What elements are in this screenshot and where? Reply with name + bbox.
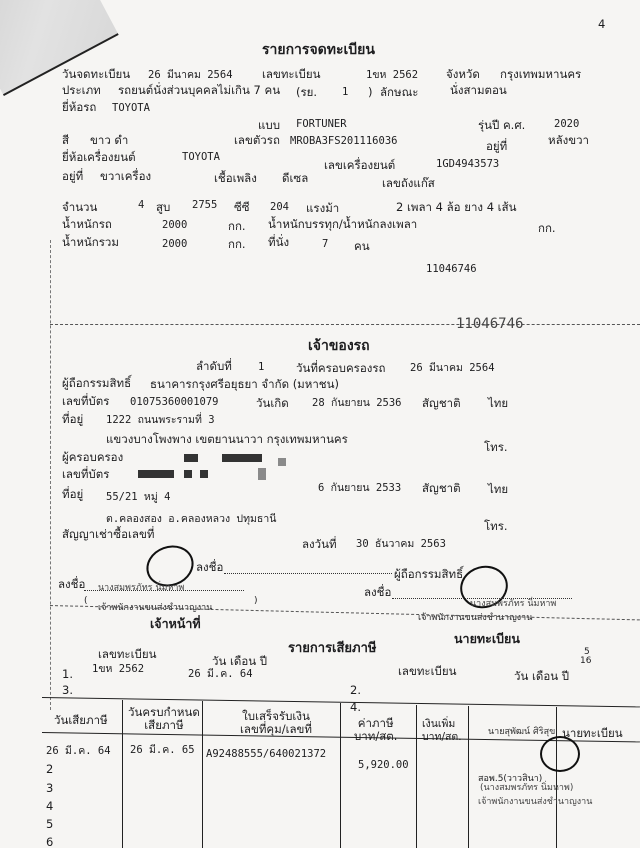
contract-label: สัญญาเช่าซื้อเลขที่	[62, 528, 154, 541]
page-number: 4	[598, 18, 605, 31]
vin-location-label: อยู่ที่	[486, 140, 507, 153]
fuel: ดีเซล	[282, 172, 308, 185]
tax-row-tax-amount: 5,920.00	[358, 759, 409, 772]
tax-header-surcharge: เงินเพิ่ม บาท/สต.	[422, 718, 462, 744]
tax-col-divider	[468, 706, 469, 848]
tax-stamp-officer: (นางสมพรภัทร นิ่มหาพ)	[480, 782, 573, 795]
folded-corner-shadow	[0, 0, 119, 96]
seats-label: ที่นั่ง	[268, 236, 289, 249]
plate: 1ขห 2562	[366, 69, 418, 82]
tax-row-1-plate: 1ขห 2562	[92, 663, 144, 676]
tax-row-number: 3	[46, 782, 53, 795]
holder-label: ผู้ถือกรรมสิทธิ์	[62, 377, 131, 390]
sequence-label: ลำดับที่	[196, 360, 232, 373]
cylinders-label: จำนวน	[62, 201, 97, 214]
redacted-possessor-id	[184, 470, 192, 478]
plate-label: เลขทะเบียน	[262, 68, 320, 81]
holder-role: ผู้ถือกรรมสิทธิ์	[394, 568, 463, 581]
redacted-mark	[258, 468, 266, 480]
tax-stamp-position: เจ้าพนักงานขนส่งชำนาญงาน	[478, 796, 592, 809]
holder-address-line1: 1222 ถนนพระรามที่ 3	[106, 414, 215, 427]
sequence: 1	[258, 361, 264, 374]
tax-row-number: 4	[46, 800, 53, 813]
holder-nationality: ไทย	[488, 397, 508, 410]
tax-section-title: รายการเสียภาษี	[288, 642, 377, 655]
total-weight-label: น้ำหนักรวม	[62, 236, 119, 249]
tax-row-number: 6	[46, 836, 53, 848]
possessor-id-label: เลขที่บัตร	[62, 468, 109, 481]
possessor-birth: 6 กันยายน 2533	[318, 482, 401, 495]
possessor-address-line2: ต.คลองสอง อ.คลองหลวง ปทุมธานี	[106, 513, 276, 526]
seats-unit: คน	[354, 240, 370, 253]
load-unit: กก.	[538, 222, 556, 235]
tax-row-3-no: 3.	[62, 684, 73, 697]
tax-date-col-1: วัน เดือน ปี	[212, 655, 267, 668]
model-label: แบบ	[258, 119, 280, 132]
type-label: ประเภท	[62, 84, 101, 97]
officer-sign-label: ลงชื่อ	[58, 578, 85, 591]
holder-address-line2: แขวงบางโพงพาง เขตยานนาวา กรุงเทพมหานคร	[106, 433, 348, 446]
tax-row-2-no: 2.	[350, 684, 361, 697]
model: FORTUNER	[296, 118, 347, 131]
registration-title: รายการจดทะเบียน	[262, 44, 375, 57]
tax-row-1-no: 1.	[62, 668, 73, 681]
redacted-possessor-id	[138, 470, 174, 478]
tax-header-receipt: ใบเสร็จรับเงิน เลขที่คุม/เลขที่	[240, 710, 312, 736]
holder-sign-label: ลงชื่อ	[196, 561, 223, 574]
total-weight-unit: กก.	[228, 238, 246, 251]
engine-no: 1GD4943573	[436, 158, 499, 171]
possessor-nationality-label: สัญชาติ	[422, 482, 461, 495]
tax-header-paid-date: วันเสียภาษี	[54, 714, 108, 727]
engine-no-label: เลขเครื่องยนต์	[324, 159, 395, 172]
owner-title: เจ้าของรถ	[308, 340, 370, 353]
vehicle-type: รถยนต์นั่งส่วนบุคคลไม่เกิน 7 คน	[118, 84, 280, 97]
contract-date: 30 ธันวาคม 2563	[356, 538, 446, 551]
weight-unit: กก.	[228, 220, 246, 233]
engine-location: ขวาเครื่อง	[100, 170, 151, 183]
load-label: น้ำหนักบรรทุก/น้ำหนักลงเพลา	[268, 218, 417, 231]
officer-position-paren-close: )	[254, 595, 258, 608]
tax-col-divider	[556, 707, 557, 848]
tax-row-due-date: 26 มี.ค. 65	[130, 744, 195, 757]
gas-tank-label: เลขถังแก๊ส	[382, 177, 435, 190]
displacement: 2755	[192, 199, 217, 212]
holder-name: ธนาคารกรุงศรีอยุธยา จำกัด (มหาชน)	[150, 378, 339, 391]
tax-row-number: 5	[46, 818, 53, 831]
province-label: จังหวัด	[446, 68, 480, 81]
holder-birth: 28 กันยายน 2536	[312, 397, 402, 410]
possessor-label: ผู้ครอบครอง	[62, 451, 123, 464]
possess-date-label: วันที่ครอบครองรถ	[296, 362, 386, 375]
document-number-struck: 11046746	[456, 318, 523, 331]
type-code-close: )	[368, 86, 373, 99]
possessor-phone-label: โทร.	[484, 520, 508, 533]
registrar-role: นายทะเบียน	[454, 632, 520, 645]
tax-col-divider	[202, 701, 203, 848]
fuel-label: เชื้อเพลิง	[214, 172, 257, 185]
horsepower-unit: แรงม้า	[306, 202, 339, 215]
holder-sign-line	[224, 573, 392, 574]
redacted-possessor-name	[184, 454, 198, 462]
seats: 7	[322, 238, 328, 251]
fraction-bottom: 16	[580, 655, 591, 668]
tax-col-divider	[122, 700, 123, 848]
redacted-possessor-name	[222, 454, 262, 462]
possessor-nationality: ไทย	[488, 483, 508, 496]
weight: 2000	[162, 219, 187, 232]
possess-date: 26 มีนาคม 2564	[410, 362, 495, 375]
holder-birth-label: วันเกิด	[256, 397, 289, 410]
tax-row-number: 2	[46, 763, 53, 776]
axles-wheels: 2 เพลา 4 ล้อ ยาง 4 เส้น	[396, 201, 516, 214]
total-weight: 2000	[162, 238, 187, 251]
brand: TOYOTA	[112, 102, 150, 115]
holder-id: 01075360001079	[130, 396, 219, 409]
weight-label: น้ำหนักรถ	[62, 218, 112, 231]
tax-plate-col-2: เลขทะเบียน	[398, 665, 456, 678]
engine-location-label: อยู่ที่	[62, 170, 83, 183]
horsepower: 204	[270, 201, 289, 214]
section-divider	[50, 324, 640, 325]
holder-id-label: เลขที่บัตร	[62, 395, 109, 408]
style: นั่งสามตอน	[450, 84, 507, 97]
vin: MROBA3FS201116036	[290, 135, 397, 148]
tax-col-divider	[416, 705, 417, 848]
brand-label: ยี่ห้อรถ	[62, 101, 96, 114]
tax-registrar-signature	[540, 736, 580, 772]
cylinders-unit: สูบ	[156, 201, 170, 214]
registrar-sign-label: ลงชื่อ	[364, 586, 391, 599]
style-label: ลักษณะ	[380, 86, 418, 99]
registration-document-page: 4 รายการจดทะเบียน วันจดทะเบียน 26 มีนาคม…	[0, 0, 640, 848]
type-code: 1	[342, 86, 348, 99]
registrar-name: นางสมพรภัทร นิ่มหาพ	[470, 598, 556, 611]
color: ขาว ดำ	[90, 134, 128, 147]
displacement-unit: ซีซี	[234, 201, 250, 214]
tax-row-receipt: A92488555/640021372	[206, 748, 326, 761]
officer-role: เจ้าหน้าที่	[150, 617, 201, 630]
type-code-label: (รย.	[296, 86, 317, 99]
tax-date-col-2: วัน เดือน ปี	[514, 670, 569, 683]
tax-plate-col-1: เลขทะเบียน	[98, 648, 156, 661]
year-label: รุ่นปี ค.ศ.	[478, 119, 525, 132]
tax-header-due-date: วันครบกำหนด เสียภาษี	[128, 706, 200, 732]
color-label: สี	[62, 134, 69, 147]
document-number: 11046746	[426, 263, 477, 276]
engine-brand: TOYOTA	[182, 151, 220, 164]
tax-col-divider	[340, 703, 341, 848]
reg-date-label: วันจดทะเบียน	[62, 68, 130, 81]
redacted-possessor-id	[200, 470, 208, 478]
vin-label: เลขตัวรถ	[234, 134, 280, 147]
tax-row-paid-date: 26 มี.ค. 64	[46, 745, 111, 758]
officer-name: นางสมพรภัทร นิ่มหาพ	[98, 582, 184, 595]
contract-date-label: ลงวันที่	[302, 538, 337, 551]
margin-dashed-line	[50, 240, 51, 710]
tax-row-1-date: 26 มี.ค. 64	[188, 668, 253, 681]
tax-header-tax-amount: ค่าภาษี บาท/สต.	[354, 717, 397, 743]
engine-brand-label: ยี่ห้อเครื่องยนต์	[62, 151, 136, 164]
year: 2020	[554, 118, 579, 131]
redacted-mark	[278, 458, 286, 466]
reg-date: 26 มีนาคม 2564	[148, 69, 233, 82]
possessor-address-line1: 55/21 หมู่ 4	[106, 491, 170, 504]
tax-stamp-text: นายสุพัฒน์ ศิริสุข	[488, 726, 555, 739]
cylinders: 4	[138, 199, 144, 212]
holder-nationality-label: สัญชาติ	[422, 397, 461, 410]
vin-location: หลังขวา	[548, 134, 589, 147]
possessor-address-label: ที่อยู่	[62, 488, 83, 501]
holder-address-label: ที่อยู่	[62, 413, 83, 426]
province: กรุงเทพมหานคร	[500, 68, 581, 81]
holder-phone-label: โทร.	[484, 441, 508, 454]
